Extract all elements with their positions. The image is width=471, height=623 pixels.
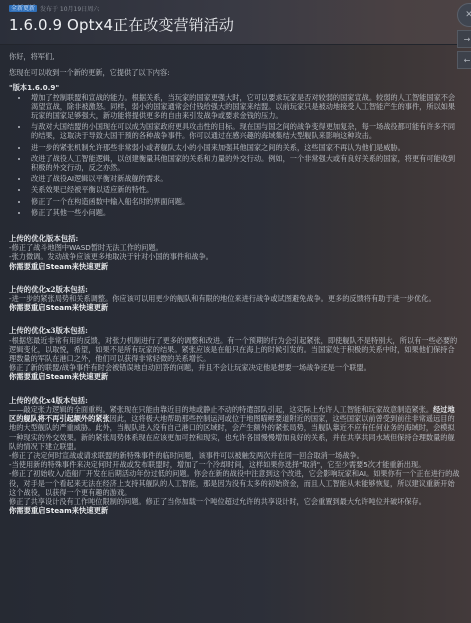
page-title: 1.6.0.9 Optx4正在改变营销活动 — [9, 14, 234, 35]
list-item: 与敌对大国结盟的小国现在可以成为国家政府更具攻击性的目标。现在国与国之间的战争变… — [29, 122, 461, 140]
section-line: -修正了战斗地图中WASD暂时无法工作的问题。 — [9, 243, 461, 252]
restart-notice: 你需要重启Steam来快速更新 — [9, 303, 461, 312]
list-item: 关系效果已经被平衡以适应新的特性。 — [29, 185, 461, 194]
section-title: 上传的优化版本包括: — [9, 234, 461, 243]
section-line: -张力微调。发动战争应该更多地取决于针对小国的事件和战争。 — [9, 252, 461, 261]
hotfix-section-1: 上传的优化版本包括: -修正了战斗地图中WASD暂时无法工作的问题。 -张力微调… — [9, 234, 461, 271]
announcement-body: 你好，将军们, 您现在可以收到一个新的更新，它提供了以下内容: "版本1.6.0… — [9, 52, 461, 515]
section-line: -当使用新的特殊事件来决定何时开战或发布联盟时，增加了一个冷却时间，这样如果你选… — [9, 460, 461, 469]
close-button[interactable]: ✕ — [457, 3, 471, 27]
post-meta: 全新更新 发布于 10月19日周六 — [9, 4, 99, 13]
hotfix-section-3: 上传的优化x3版本包括: -根据您最近非常有用的反馈，对张力机制进行了更多的调整… — [9, 326, 461, 381]
announcement-header: 全新更新 发布于 10月19日周六 1.6.0.9 Optx4正在改变营销活动 — [0, 0, 471, 45]
arrow-right-icon: → — [464, 35, 471, 44]
section-title: 上传的优化x4版本包括: — [9, 396, 461, 405]
section-line: -修正了初始收入/造船厂开发在后期活动年份过低的问题。你会在新的战役中注意到这个… — [9, 469, 461, 497]
section-paragraph: ——敲定张力逻辑的全面重构。紧张现在只能由靠近目的地或静止不动的特遣部队引起，这… — [9, 405, 461, 451]
greeting: 你好，将军们, — [9, 52, 461, 61]
posted-date: 发布于 10月19日周六 — [40, 4, 99, 13]
update-badge: 全新更新 — [9, 5, 37, 12]
list-item: 改进了战役人工智能逻辑，以创建衡量其他国家的关系和力量的外交行动。例如，一个非常… — [29, 154, 461, 172]
section-line: 修正了新的联盟/战争事件有时会被错误地自动回答的问题，并且不会让玩家决定他是想要… — [9, 363, 461, 372]
close-icon: ✕ — [465, 10, 471, 20]
section-title: 上传的优化x3版本包括: — [9, 326, 461, 335]
hotfix-section-4: 上传的优化x4版本包括: ——敲定张力逻辑的全面重构。紧张现在只能由靠近目的地或… — [9, 396, 461, 516]
restart-notice: 你需要重启Steam来快速更新 — [9, 506, 461, 515]
version-changes-list: 增加了控制联盟和宣战的能力。根据关系，当玩家的国家更强大时，它可以要求玩家是否对… — [9, 93, 461, 217]
list-item: 进一步的紧张机制允许那些非常弱小或者舰队太小的小国来加强其他国家之间的关系，这些… — [29, 143, 461, 152]
list-item: 改进了战役AI逻辑以平衡对新战舰的需求。 — [29, 174, 461, 183]
section-text: ——敲定张力逻辑的全面重构。紧张现在只能由靠近目的地或静止不动的特遣部队引起，这… — [9, 405, 433, 414]
version-label: "版本1.6.0.9" — [9, 83, 461, 92]
list-item: 增加了控制联盟和宣战的能力。根据关系，当玩家的国家更强大时，它可以要求玩家是否对… — [29, 93, 461, 121]
hotfix-section-2: 上传的优化x2版本包括: -进一步的紧张局势和关系调整。你应该可以用更少的舰队和… — [9, 285, 461, 313]
section-line: 修正了共享设计没有工作吨位限制的问题。修正了当你加载一个吨位超过允许的共享设计时… — [9, 497, 461, 506]
next-button[interactable]: → — [457, 30, 471, 48]
restart-notice: 你需要重启Steam来快速更新 — [9, 372, 461, 381]
section-line: -修正了决定何时宣战或请求联盟的新特殊事件的临时问题，该事件可以被触发两次并在同… — [9, 451, 461, 460]
intro-lead: 您现在可以收到一个新的更新，它提供了以下内容: — [9, 68, 461, 77]
list-item: 修正了其他一些小问题。 — [29, 208, 461, 217]
restart-notice: 你需要重启Steam来快速更新 — [9, 262, 461, 271]
list-item: 修正了一个在构造函数中输入船名时的界面问题。 — [29, 197, 461, 206]
section-line: -进一步的紧张局势和关系调整。你应该可以用更少的舰队和有限的地位来进行战争或试图… — [9, 294, 461, 303]
arrow-left-icon: ← — [464, 56, 471, 65]
section-title: 上传的优化x2版本包括: — [9, 285, 461, 294]
section-line: -根据您最近非常有用的反馈，对张力机制进行了更多的调整和改进。有一个预期的行为会… — [9, 336, 461, 364]
